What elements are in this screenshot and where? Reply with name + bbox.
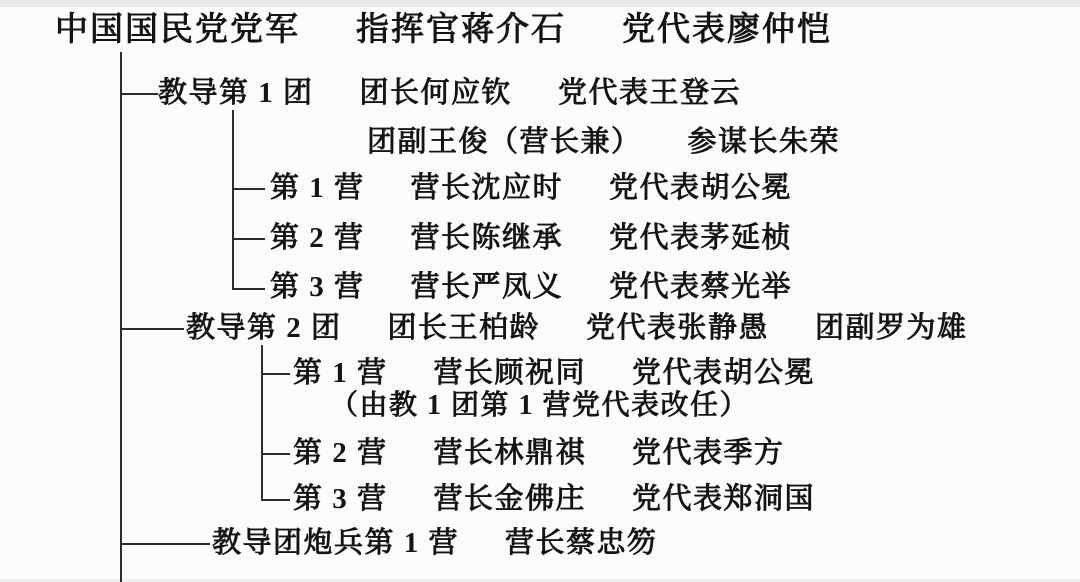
regiment1-chief-of-staff: 参谋长朱荣 (688, 126, 841, 159)
regiment1-row: 教导第 1 团 团长何应钦 党代表王登云 (158, 77, 741, 110)
connector-regiment1 (120, 93, 158, 95)
r1-battalion1-party-rep: 党代表胡公冕 (609, 172, 792, 205)
r2-battalion3-unit: 第 3 营 (293, 483, 388, 516)
r1-battalion1-commander: 营长沈应时 (411, 172, 564, 205)
regiment2-unit: 教导第 2 团 (186, 312, 342, 345)
connector-r1-battalion1 (232, 188, 265, 190)
r2-battalion1-commander: 营长顾祝同 (434, 357, 587, 390)
r2-battalion2-party-rep: 党代表季方 (632, 437, 785, 470)
root-row: 中国国民党党军 指挥官蒋介石 党代表廖仲恺 (55, 12, 832, 50)
artillery-row: 教导团炮兵第 1 营 营长蔡忠笏 (212, 527, 658, 560)
regiment1-deputy: 团副王俊（营长兼） (367, 126, 642, 159)
regiment1-unit: 教导第 1 团 (158, 77, 314, 110)
regiment2-row: 教导第 2 团 团长王柏龄 党代表张静愚 团副罗为雄 (186, 312, 968, 345)
r2-battalion2-row: 第 2 营 营长林鼎祺 党代表季方 (293, 437, 785, 470)
regiment2-deputy: 团副罗为雄 (815, 312, 968, 345)
r2-battalion1-unit: 第 1 营 (293, 357, 388, 390)
connector-r2-battalion1 (261, 373, 290, 375)
root-unit: 中国国民党党军 (55, 12, 300, 50)
trunk-line-root (120, 52, 122, 582)
connector-artillery (120, 543, 210, 545)
r2-battalion1-note: （由教 1 团第 1 营党代表改任） (330, 390, 749, 422)
r2-battalion3-commander: 营长金佛庄 (434, 483, 587, 516)
r2-battalion2-commander: 营长林鼎祺 (434, 437, 587, 470)
regiment1-staff-row: 团副王俊（营长兼） 参谋长朱荣 (367, 126, 840, 159)
connector-r2-battalion2 (261, 453, 290, 455)
trunk-line-regiment1 (232, 110, 234, 290)
artillery-commander: 营长蔡忠笏 (505, 527, 658, 560)
r1-battalion1-row: 第 1 营 营长沈应时 党代表胡公冕 (270, 172, 792, 205)
r2-battalion1-row: 第 1 营 营长顾祝同 党代表胡公冕 (293, 357, 815, 390)
connector-r1-battalion2 (232, 238, 265, 240)
r1-battalion3-party-rep: 党代表蔡光举 (609, 271, 792, 304)
r1-battalion2-commander: 营长陈继承 (411, 222, 564, 255)
r1-battalion2-party-rep: 党代表茅延桢 (609, 222, 792, 255)
trunk-line-regiment2 (261, 345, 263, 501)
connector-r2-battalion3 (261, 499, 290, 501)
regiment1-party-rep: 党代表王登云 (558, 77, 741, 110)
regiment1-commander: 团长何应钦 (360, 77, 513, 110)
r1-battalion3-unit: 第 3 营 (270, 271, 365, 304)
regiment2-party-rep: 党代表张静愚 (586, 312, 769, 345)
r2-battalion3-party-rep: 党代表郑洞国 (632, 483, 815, 516)
r2-battalion1-party-rep: 党代表胡公冕 (632, 357, 815, 390)
root-commander: 指挥官蒋介石 (356, 12, 566, 50)
r2-battalion1-note-row: （由教 1 团第 1 营党代表改任） (330, 390, 749, 422)
scan-edge-top (0, 0, 1080, 7)
r2-battalion3-row: 第 3 营 营长金佛庄 党代表郑洞国 (293, 483, 815, 516)
r1-battalion3-row: 第 3 营 营长严凤义 党代表蔡光举 (270, 271, 792, 304)
org-chart-page: 中国国民党党军 指挥官蒋介石 党代表廖仲恺 教导第 1 团 团长何应钦 党代表王… (0, 0, 1080, 582)
connector-r1-battalion3 (232, 288, 265, 290)
r1-battalion1-unit: 第 1 营 (270, 172, 365, 205)
root-party-rep: 党代表廖仲恺 (622, 12, 832, 50)
artillery-unit: 教导团炮兵第 1 营 (212, 527, 459, 560)
r2-battalion2-unit: 第 2 营 (293, 437, 388, 470)
r1-battalion2-unit: 第 2 营 (270, 222, 365, 255)
regiment2-commander: 团长王柏龄 (388, 312, 541, 345)
r1-battalion2-row: 第 2 营 营长陈继承 党代表茅延桢 (270, 222, 792, 255)
r1-battalion3-commander: 营长严凤义 (411, 271, 564, 304)
connector-regiment2 (120, 328, 184, 330)
